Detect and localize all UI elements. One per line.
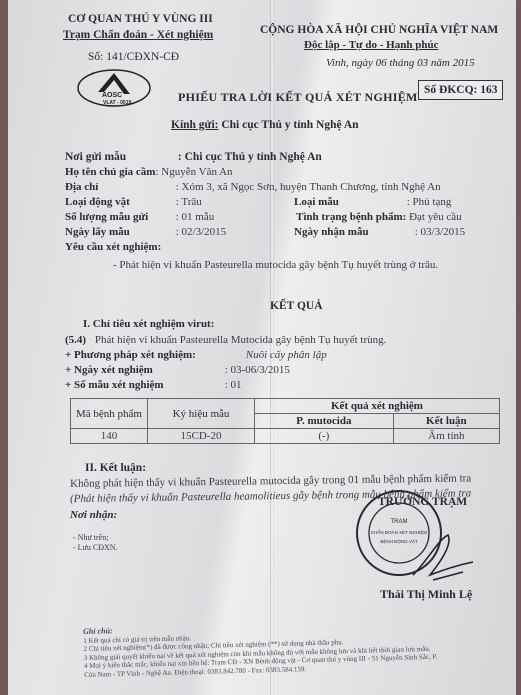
signer-name: Thái Thị Minh Lệ xyxy=(380,587,472,602)
field-animal-type: Loại động vật : Trâu xyxy=(65,196,202,208)
col-header-pm: P. mutocida xyxy=(255,414,394,429)
test-sample-count: + Số mẫu xét nghiệm : 01 xyxy=(65,379,242,391)
svg-text:AOSC: AOSC xyxy=(102,92,122,99)
date-line: Vinh, ngày 06 tháng 03 năm 2015 xyxy=(326,57,475,69)
field-receive-date: Ngày nhận mẫu : 03/3/2015 xyxy=(294,226,465,238)
national-motto: Độc lập - Tự do - Hạnh phúc xyxy=(304,39,438,51)
org-name: CƠ QUAN THÚ Y VÙNG III xyxy=(68,13,213,25)
signature-icon xyxy=(408,530,478,590)
addressee-value: Chi cục Thú y tỉnh Nghệ An xyxy=(221,119,358,131)
test-method: + Phương pháp xét nghiệm: Nuôi cấy phân … xyxy=(65,349,327,361)
col-header-specimen: Mã bệnh phẩm xyxy=(71,399,148,429)
recipient-item: - Lưu CĐXN. xyxy=(73,543,118,552)
results-heading: KẾT QUẢ xyxy=(270,300,323,312)
svg-text:VLAT - 0019: VLAT - 0019 xyxy=(103,100,131,106)
col-header-conclusion: Kết luận xyxy=(393,414,499,429)
document-page: CƠ QUAN THÚ Y VÙNG III Trạm Chẩn đoán - … xyxy=(8,0,516,695)
table-row: 140 15CD-20 (-) Âm tính xyxy=(71,429,500,444)
test-request-value: - Phát hiện vi khuẩn Pasteurella mutocid… xyxy=(113,259,438,271)
field-sample-count: Số lượng mẫu gửi : 01 mẫu xyxy=(65,211,214,223)
field-sender: Nơi gửi mẫu : Chi cục Thú y tỉnh Nghệ An xyxy=(65,151,322,163)
org-department: Trạm Chẩn đoán - Xét nghiệm xyxy=(63,29,213,41)
section-2-heading: II. Kết luận: xyxy=(85,462,146,474)
recipients-label: Nơi nhận: xyxy=(70,509,117,521)
document-title: PHIẾU TRA LỜI KẾT QUẢ XÉT NGHIỆM xyxy=(178,90,418,105)
addressee: Kính gửi: Chi cục Thú y tỉnh Nghệ An xyxy=(171,119,359,131)
field-collect-date: Ngày lấy mẫu : 02/3/2015 xyxy=(65,226,226,238)
addressee-label: Kính gửi: xyxy=(171,119,218,131)
test-item: (5.4) Phát hiện vi khuẩn Pasteurella Mut… xyxy=(65,334,386,346)
aosc-logo-icon: AOSC VLAT - 0019 xyxy=(76,68,152,108)
field-sample-type: Loại mẫu : Phủ tạng xyxy=(294,196,451,208)
registration-number: Số ĐKCQ: 163 xyxy=(418,80,503,100)
test-date: + Ngày xét nghiệm : 03-06/3/2015 xyxy=(65,364,290,376)
test-request-label: Yêu cầu xét nghiệm: xyxy=(65,241,161,253)
notes-block: Ghi chú: 1 Kết quả chỉ có giá trị trên m… xyxy=(83,619,438,679)
section-1-heading: I. Chỉ tiêu xét nghiệm virut: xyxy=(83,318,214,330)
signer-title: TRƯỞNG TRẠM xyxy=(378,496,467,508)
field-sample-condition: Tình trạng bệnh phẩm: Đạt yêu cầu xyxy=(296,211,462,223)
col-header-group: Kết quả xét nghiệm xyxy=(255,399,500,414)
field-address: Địa chỉ : Xóm 3, xã Ngọc Sơn, huyện Than… xyxy=(65,181,441,193)
col-header-sample: Ký hiệu mẫu xyxy=(148,399,255,429)
document-number: Số: 141/CĐXN-CĐ xyxy=(88,51,179,63)
national-title: CỘNG HÒA XÃ HỘI CHỦ NGHĨA VIỆT NAM xyxy=(260,24,498,36)
svg-text:TRẠM: TRẠM xyxy=(391,519,408,525)
recipient-item: - Như trên; xyxy=(73,533,108,542)
field-owner: Họ tên chủ gia cầm: Nguyễn Văn An xyxy=(65,166,233,178)
results-table: Mã bệnh phẩm Ký hiệu mẫu Kết quả xét ngh… xyxy=(70,398,500,444)
